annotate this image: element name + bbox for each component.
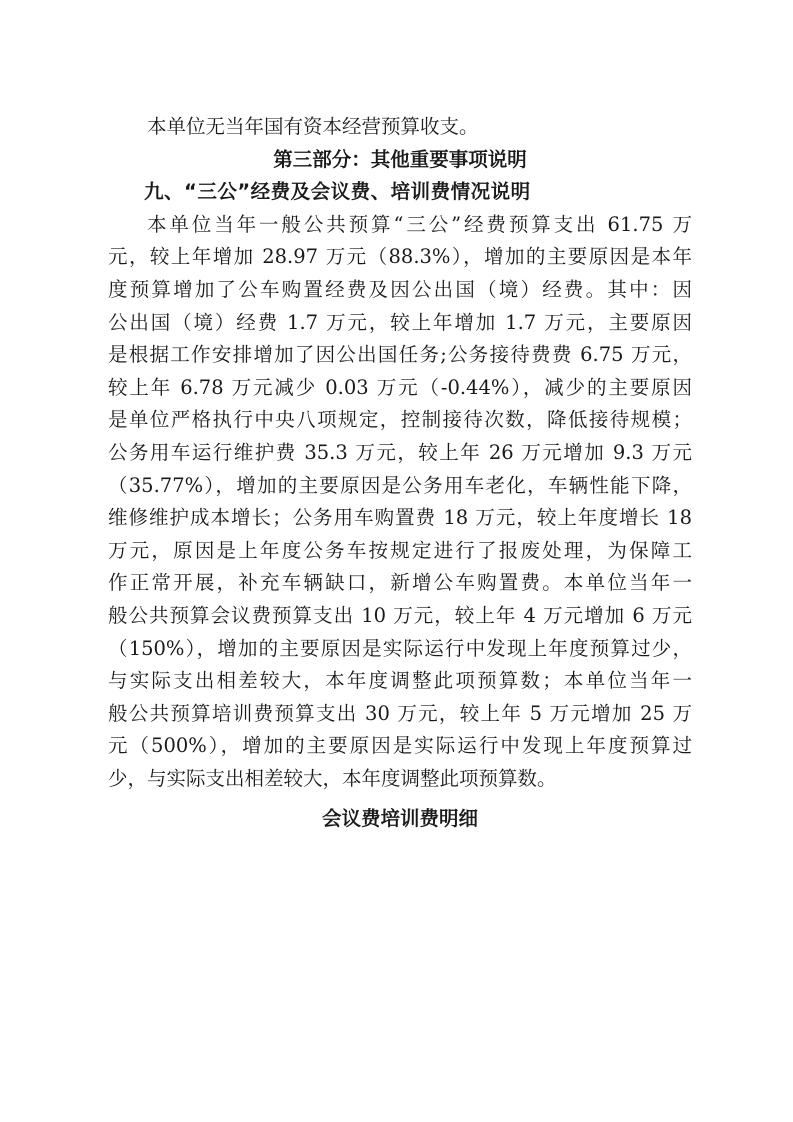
paragraph-line: 与实际支出相差较大，本年度调整此项预算数；本单位当年一 [108,665,692,698]
paragraph-line: （35.77%），增加的主要原因是公务用车老化，车辆性能下降， [108,470,692,503]
paragraph-line: （150%），增加的主要原因是实际运行中发现上年度预算过少， [108,633,692,666]
section-title: 九、“三公”经费及会议费、培训费情况说明 [108,176,692,209]
paragraph-line: 公务用车运行维护费 35.3 万元，较上年 26 万元增加 9.3 万元 [108,437,692,470]
paragraph-line: 是根据工作安排增加了因公出国任务;公务接待费费 6.75 万元， [108,339,692,372]
paragraph-line: 少，与实际支出相差较大，本年度调整此项预算数。 [108,763,692,796]
paragraph-line: 较上年 6.78 万元减少 0.03 万元（-0.44%），减少的主要原因 [108,372,692,405]
paragraph-line: 维修维护成本增长；公务用车购置费 18 万元，较上年度增长 18 [108,502,692,535]
paragraph-line: 本单位当年一般公共预算“三公”经费预算支出 61.75 万 [108,209,692,242]
paragraph-line: 元（500%），增加的主要原因是实际运行中发现上年度预算过 [108,730,692,763]
paragraph-line: 万元，原因是上年度公务车按规定进行了报废处理，为保障工 [108,535,692,568]
paragraph-line: 公出国（境）经费 1.7 万元，较上年增加 1.7 万元，主要原因 [108,307,692,340]
paragraph-line: 是单位严格执行中央八项规定，控制接待次数，降低接待规模； [108,404,692,437]
paragraph-line: 般公共预算培训费预算支出 30 万元，较上年 5 万元增加 25 万 [108,698,692,731]
paragraph-line: 般公共预算会议费预算支出 10 万元，较上年 4 万元增加 6 万元 [108,600,692,633]
paragraph-line: 元，较上年增加 28.97 万元（88.3%），增加的主要原因是本年 [108,241,692,274]
spacer [108,795,692,803]
part-title: 第三部分：其他重要事项说明 [108,144,692,177]
subtitle: 会议费培训费明细 [108,803,692,836]
body-paragraph: 本单位当年一般公共预算“三公”经费预算支出 61.75 万 元，较上年增加 28… [108,209,692,796]
intro-line: 本单位无当年国有资本经营预算收支。 [108,111,692,144]
paragraph-line: 作正常开展，补充车辆缺口，新增公车购置费。本单位当年一 [108,567,692,600]
document-page: 本单位无当年国有资本经营预算收支。 第三部分：其他重要事项说明 九、“三公”经费… [108,111,692,836]
paragraph-line: 度预算增加了公车购置经费及因公出国（境）经费。其中：因 [108,274,692,307]
